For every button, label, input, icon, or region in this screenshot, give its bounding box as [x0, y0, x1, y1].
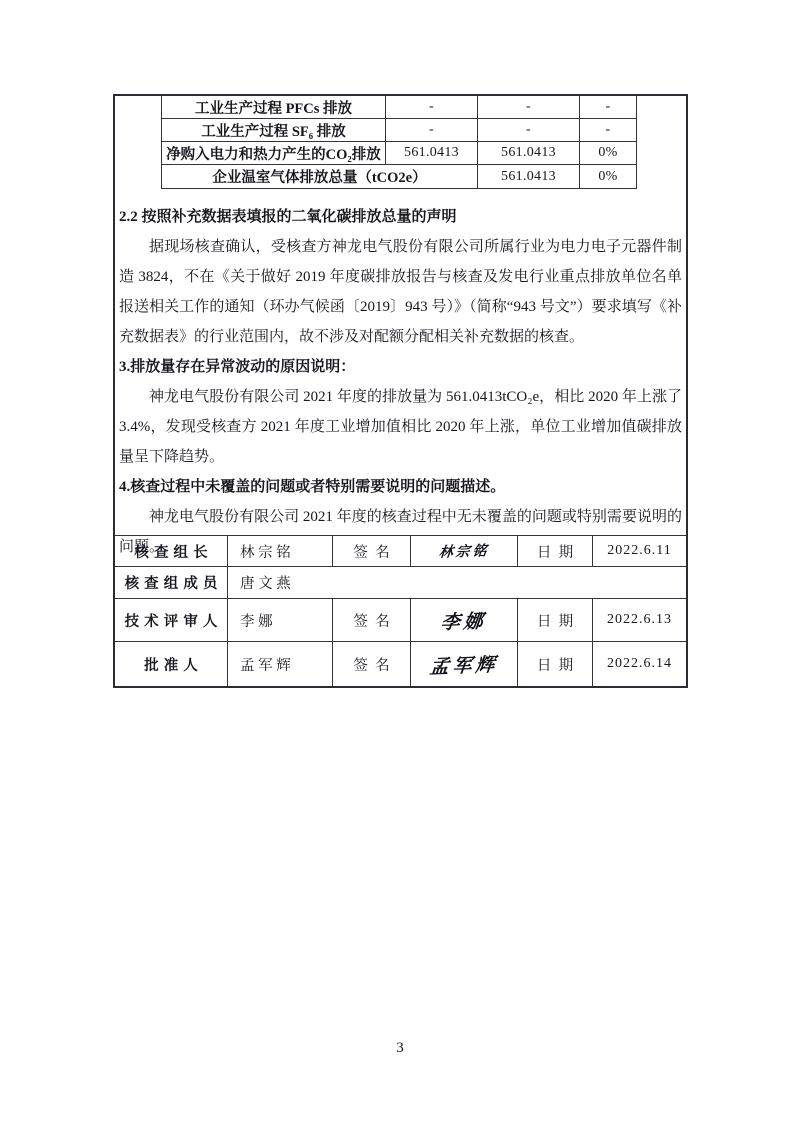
emission-value: 561.0413: [478, 142, 580, 165]
team-member-name: 唐文燕: [227, 566, 686, 598]
technical-reviewer-signature: 李娜: [410, 598, 517, 641]
role-label-technical-reviewer: 技术评审人: [115, 598, 227, 641]
emission-value: -: [478, 119, 580, 142]
emission-row-label: 净购入电力和热力产生的CO₂排放: [161, 142, 386, 165]
date-label: 日期: [517, 598, 592, 641]
role-label-team-leader: 核查组长: [115, 535, 227, 566]
sign-label: 签名: [332, 598, 410, 641]
sign-label: 签名: [332, 535, 410, 566]
role-label-approver: 批准人: [115, 641, 227, 686]
date-label: 日期: [517, 641, 592, 686]
handwritten-signature: 李娜: [440, 606, 488, 635]
emission-row-label: 工业生产过程 PFCs 排放: [161, 96, 386, 119]
emission-value: -: [478, 96, 580, 119]
emission-value: -: [580, 119, 637, 142]
section-3-heading: 3.排放量存在异常波动的原因说明：: [119, 352, 682, 382]
section-4-heading: 4.核查过程中未覆盖的问题或者特别需要说明的问题描述。: [119, 472, 682, 502]
technical-reviewer-name: 李娜: [227, 598, 332, 641]
emission-total-value: 561.0413: [478, 165, 580, 189]
team-leader-name: 林宗铭: [227, 535, 332, 566]
emission-table: 工业生产过程 PFCs 排放 - - - 工业生产过程 SF₆ 排放 - - -…: [161, 96, 637, 189]
role-label-team-member: 核查组成员: [115, 566, 227, 598]
emission-row-label: 工业生产过程 SF₆ 排放: [161, 119, 386, 142]
page-number: 3: [0, 1040, 800, 1057]
emission-total-label: 企业温室气体排放总量（tCO2e）: [161, 165, 478, 189]
approver-name: 孟军辉: [227, 641, 332, 686]
emission-value: -: [386, 119, 478, 142]
sign-label: 签名: [332, 641, 410, 686]
team-leader-date: 2022.6.11: [592, 535, 686, 566]
declaration-text: 2.2 按照补充数据表填报的二氧化碳排放总量的声明 据现场核查确认，受核查方神龙…: [119, 202, 682, 562]
document-page: 工业生产过程 PFCs 排放 - - - 工业生产过程 SF₆ 排放 - - -…: [0, 0, 800, 1132]
section-2-2-paragraph: 据现场核查确认，受核查方神龙电气股份有限公司所属行业为电力电子元器件制造 382…: [119, 232, 682, 352]
technical-reviewer-date: 2022.6.13: [592, 598, 686, 641]
content-frame: 工业生产过程 PFCs 排放 - - - 工业生产过程 SF₆ 排放 - - -…: [113, 94, 688, 688]
date-label: 日期: [517, 535, 592, 566]
emission-value: 561.0413: [386, 142, 478, 165]
emission-value: 0%: [580, 142, 637, 165]
section-2-2-heading: 2.2 按照补充数据表填报的二氧化碳排放总量的声明: [119, 202, 682, 232]
team-leader-signature: 林宗铭: [410, 535, 517, 566]
approver-date: 2022.6.14: [592, 641, 686, 686]
emission-total-percent: 0%: [580, 165, 637, 189]
approver-signature: 孟军辉: [410, 641, 517, 686]
emission-value: -: [580, 96, 637, 119]
handwritten-signature: 林宗铭: [438, 540, 490, 562]
signature-table: 核查组长 林宗铭 签名 林宗铭 日期 2022.6.11 核查组成员 唐文燕 技…: [115, 535, 686, 686]
handwritten-signature: 孟军辉: [428, 649, 499, 679]
emission-value: -: [386, 96, 478, 119]
section-3-paragraph: 神龙电气股份有限公司 2021 年度的排放量为 561.0413tCO₂e，相比…: [119, 382, 682, 472]
